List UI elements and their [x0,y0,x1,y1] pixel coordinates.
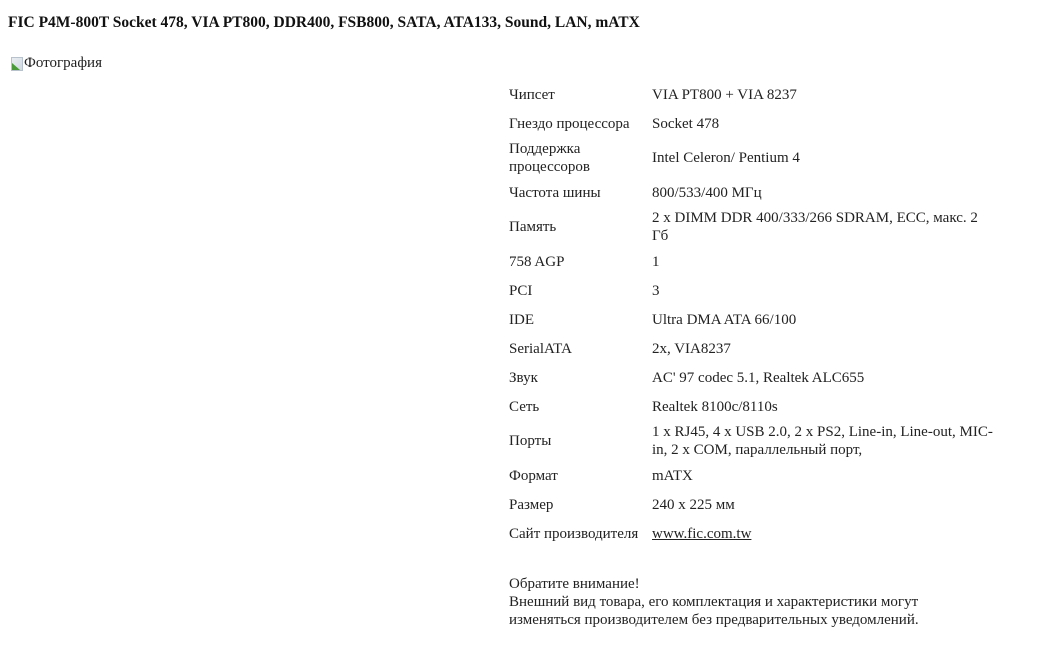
spec-value: 2x, VIA8237 [649,334,1000,363]
product-title: FIC P4M-800T Socket 478, VIA PT800, DDR4… [8,14,640,32]
spec-label: Память [506,207,649,247]
spec-label: Сайт производителя [506,519,649,548]
spec-value: 3 [649,276,1000,305]
spec-row: Частота шины800/533/400 МГц [506,178,1000,207]
spec-row: PCI3 [506,276,1000,305]
photo-alt-text: Фотография [24,55,102,72]
spec-value: 2 x DIMM DDR 400/333/266 SDRAM, ECC, мак… [649,207,1000,247]
spec-label: IDE [506,305,649,334]
spec-row: ЧипсетVIA PT800 + VIA 8237 [506,80,1000,109]
spec-row: Память2 x DIMM DDR 400/333/266 SDRAM, EC… [506,207,1000,247]
spec-value: www.fic.com.tw [649,519,1000,548]
manufacturer-site-link[interactable]: www.fic.com.tw [652,526,751,542]
spec-value: Ultra DMA ATA 66/100 [649,305,1000,334]
spec-label: Сеть [506,392,649,421]
spec-label: Порты [506,421,649,461]
spec-label: Поддержка процессоров [506,138,649,178]
specs-table: ЧипсетVIA PT800 + VIA 8237Гнездо процесс… [506,80,1000,548]
spec-value: mATX [649,461,1000,490]
spec-value: Realtek 8100c/8110s [649,392,1000,421]
spec-row: Поддержка процессоровIntel Celeron/ Pent… [506,138,1000,178]
spec-value: AC' 97 codec 5.1, Realtek ALC655 [649,363,1000,392]
spec-value: 1 [649,247,1000,276]
product-photo: Фотография [11,55,102,72]
notice: Обратите внимание! Внешний вид товара, е… [509,575,989,629]
spec-row: СетьRealtek 8100c/8110s [506,392,1000,421]
spec-value: Intel Celeron/ Pentium 4 [649,138,1000,178]
spec-label: PCI [506,276,649,305]
spec-value: Socket 478 [649,109,1000,138]
spec-value: 240 x 225 мм [649,490,1000,519]
spec-label: Размер [506,490,649,519]
spec-row-manufacturer: Сайт производителя www.fic.com.tw [506,519,1000,548]
broken-image-icon [11,57,23,71]
spec-label: Частота шины [506,178,649,207]
spec-value: 1 x RJ45, 4 x USB 2.0, 2 x PS2, Line-in,… [649,421,1000,461]
spec-label: Формат [506,461,649,490]
spec-row: ЗвукAC' 97 codec 5.1, Realtek ALC655 [506,363,1000,392]
spec-row: SerialATA2x, VIA8237 [506,334,1000,363]
spec-label: Звук [506,363,649,392]
spec-row: Гнездо процессораSocket 478 [506,109,1000,138]
spec-value: VIA PT800 + VIA 8237 [649,80,1000,109]
spec-row: IDEUltra DMA ATA 66/100 [506,305,1000,334]
spec-label: Гнездо процессора [506,109,649,138]
spec-row: Размер240 x 225 мм [506,490,1000,519]
spec-label: SerialATA [506,334,649,363]
spec-label: Чипсет [506,80,649,109]
spec-row: ФорматmATX [506,461,1000,490]
spec-row: Порты1 x RJ45, 4 x USB 2.0, 2 x PS2, Lin… [506,421,1000,461]
spec-label: 758 AGP [506,247,649,276]
notice-text: Внешний вид товара, его комплектация и х… [509,593,989,629]
spec-value: 800/533/400 МГц [649,178,1000,207]
spec-row: 758 AGP1 [506,247,1000,276]
notice-heading: Обратите внимание! [509,575,989,593]
